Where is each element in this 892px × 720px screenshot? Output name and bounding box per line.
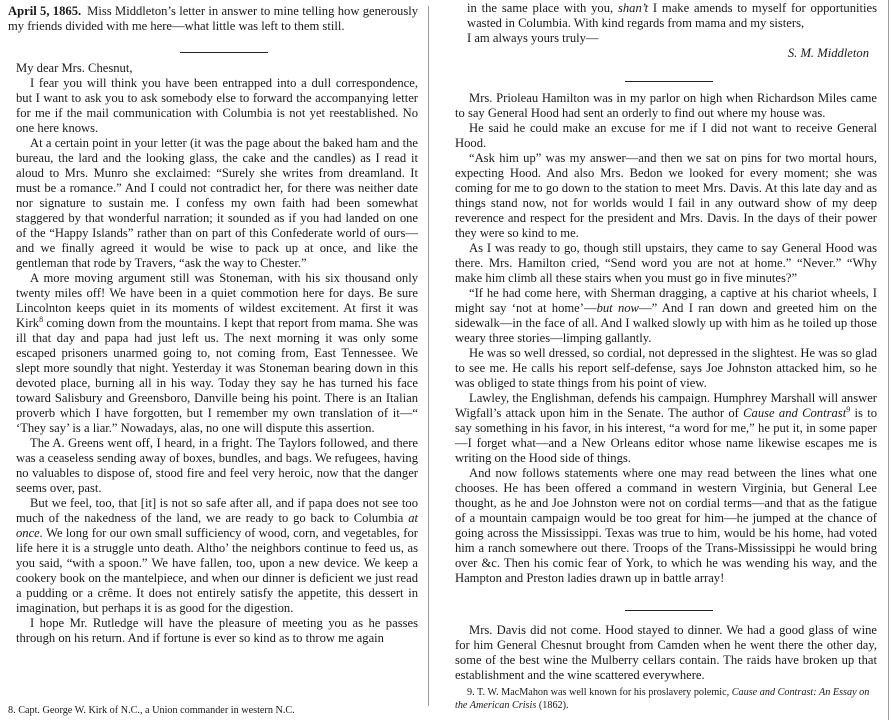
closing: I am always yours truly— <box>467 31 877 46</box>
paragraph-feel: But we feel, too, that [it] is not so sa… <box>16 496 418 616</box>
letter-body: My dear Mrs. Chesnut, I fear you will th… <box>16 61 418 646</box>
page-edge-rule <box>888 0 889 720</box>
paragraph: I hope Mr. Rutledge will have the pleasu… <box>16 616 418 646</box>
paragraph: Mrs. Prioleau Hamilton was in my parlor … <box>455 91 877 121</box>
diary-body-final: Mrs. Davis did not come. Hood stayed to … <box>455 623 877 683</box>
page-edge-rule <box>428 6 429 706</box>
letter-continuation: in the same place with you, shan’t I mak… <box>467 1 877 61</box>
section-separator <box>180 52 268 53</box>
left-page: April 5, 1865.Miss Middleton’s letter in… <box>0 0 432 720</box>
paragraph: He was so well dressed, so cordial, not … <box>455 346 877 391</box>
paragraph: And now follows statements where one may… <box>455 466 877 586</box>
paragraph: He said he could make an excuse for me i… <box>455 121 877 151</box>
section-separator <box>625 81 713 82</box>
entry-header: April 5, 1865.Miss Middleton’s letter in… <box>8 4 418 34</box>
paragraph: At a certain point in your letter (it wa… <box>16 136 418 271</box>
diary-body: Mrs. Prioleau Hamilton was in my parlor … <box>455 91 877 586</box>
paragraph: Mrs. Davis did not come. Hood stayed to … <box>455 623 877 683</box>
paragraph: I fear you will think you have been entr… <box>16 76 418 136</box>
footnote-9: 9. T. W. MacMahon was well known for his… <box>455 686 877 712</box>
right-page: in the same place with you, shan’t I mak… <box>445 0 892 720</box>
section-separator <box>625 610 713 611</box>
paragraph: The A. Greens went off, I heard, in a fr… <box>16 436 418 496</box>
paragraph: As I was ready to go, though still upsta… <box>455 241 877 286</box>
entry-date: April 5, 1865. <box>8 4 81 18</box>
paragraph-sherman: “If he had come here, with Sherman dragg… <box>455 286 877 346</box>
salutation: My dear Mrs. Chesnut, <box>16 61 418 76</box>
paragraph-lawley: Lawley, the Englishman, defends his camp… <box>455 391 877 466</box>
signature: S. M. Middleton <box>467 46 877 61</box>
footnote-8: 8. Capt. George W. Kirk of N.C., a Union… <box>8 704 423 717</box>
paragraph: “Ask him up” was my answer—and then we s… <box>455 151 877 241</box>
paragraph-stoneman: A more moving argument still was Stonema… <box>16 271 418 436</box>
